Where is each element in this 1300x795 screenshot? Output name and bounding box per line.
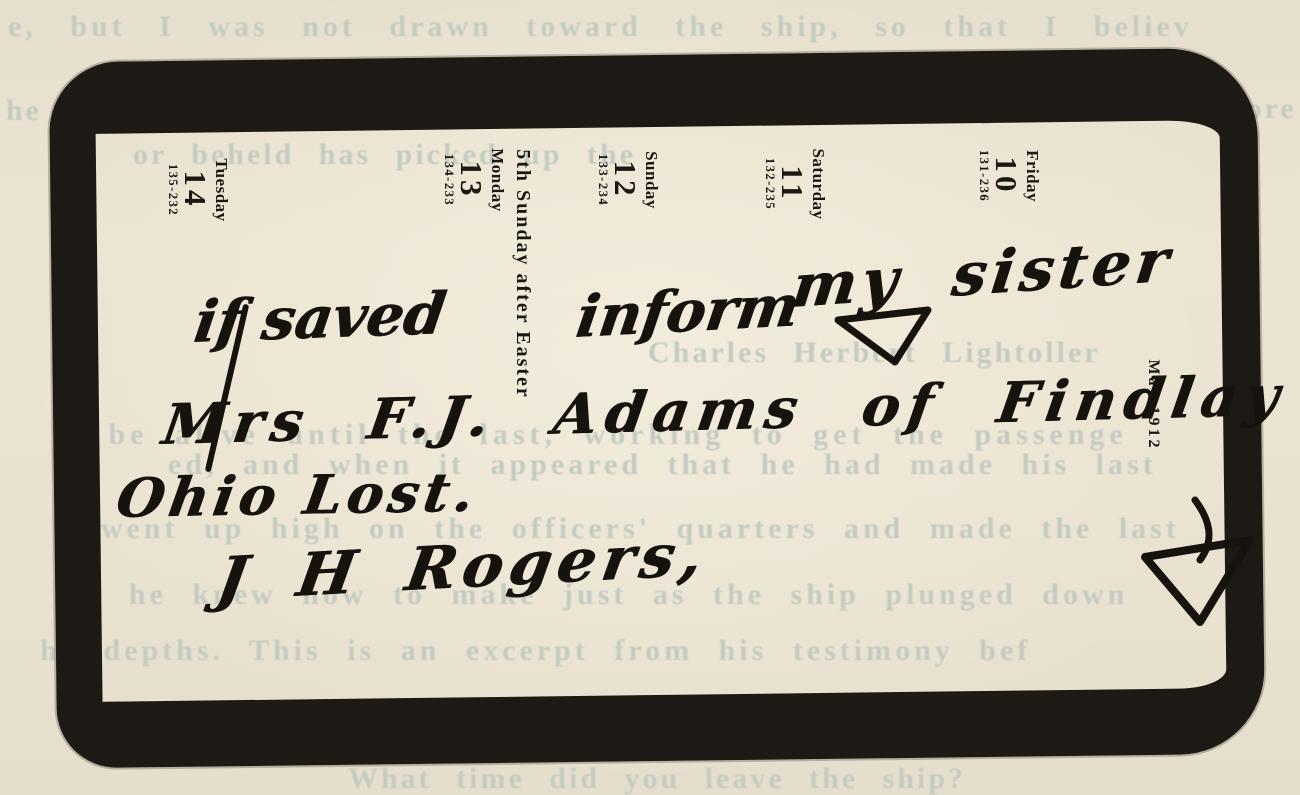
calendar-day-friday: Friday 10 131-236 <box>974 101 1042 251</box>
day-counts: 132-235 <box>762 109 777 259</box>
day-counts: 133-234 <box>595 105 610 255</box>
handwriting-inform: inform <box>572 272 803 351</box>
day-number: 11 <box>777 109 808 259</box>
ghost-text-fragment: he <box>6 94 42 128</box>
day-name: Monday <box>487 105 507 255</box>
calendar-day-saturday: Saturday 11 132-235 <box>760 109 828 259</box>
handwriting-if-saved: if saved <box>190 279 450 356</box>
handwriting-ohio-lost: Ohio Lost. <box>112 460 483 530</box>
day-name: Tuesday <box>211 115 231 265</box>
scanned-page: e, but I was not drawn toward the ship, … <box>0 0 1300 795</box>
day-name: Sunday <box>641 105 661 255</box>
day-counts: 131-236 <box>976 101 991 251</box>
ghost-text-line: What time did you leave the ship? <box>348 762 966 795</box>
day-number: 13 <box>456 105 487 255</box>
calendar-day-sunday: Sunday 12 133-234 <box>593 105 661 255</box>
day-counts: 134-233 <box>441 105 456 255</box>
day-number: 14 <box>180 115 211 265</box>
calendar-day-tuesday: Tuesday 14 135-232 <box>163 115 231 265</box>
day-name: Friday <box>1022 101 1042 251</box>
day-name: Saturday <box>808 109 828 259</box>
day-number: 12 <box>610 105 641 255</box>
calendar-day-monday: Monday 13 134-233 <box>439 105 507 255</box>
ghost-text-line: e, but I was not drawn toward the ship, … <box>8 10 1193 44</box>
day-number: 10 <box>991 101 1022 251</box>
day-counts: 135-232 <box>165 115 180 265</box>
